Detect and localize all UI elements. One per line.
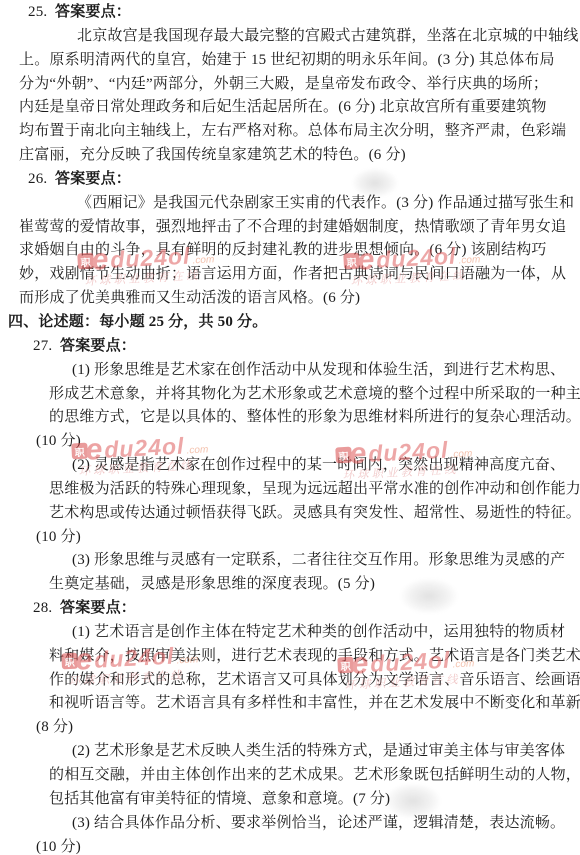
answer-line: 形成艺术意象，并将其物化为艺术形象或艺术意境的整个过程中所采取的一种主要 [0,383,580,407]
answer-line: 料和媒介，按照审美法则，进行艺术表现的手段和方式。艺术语言是各门类艺术创 [0,645,580,669]
answer-line: 作的媒介和形式的总称，艺术语言又可具体划分为文学语言、音乐语言、绘画语言 [0,669,580,693]
answer-item-26-heading: 26.答案要点： [0,168,580,192]
item-title: 答案要点： [60,338,136,354]
answer-line: 思维极为活跃的特殊心理现象，呈现为远远超出平常水准的创作冲动和创作能力， [0,478,580,502]
answer-line: 庄富丽，充分反映了我国传统皇家建筑艺术的特色。(6 分) [0,144,580,168]
answer-line: 和视听语言等。艺术语言具有多样性和丰富性，并在艺术发展中不断变化和革新。 [0,692,580,716]
answer-item-28-heading: 28.答案要点： [0,597,580,621]
answer-line: 《西厢记》是我国元代杂剧家王实甫的代表作。(3 分) 作品通过描写张生和 [0,192,580,216]
answer-item-27-heading: 27.答案要点： [0,335,580,359]
score-line: (10 分) [0,836,580,855]
item-number: 26. [28,168,49,192]
answer-line: 均布置于南北向主轴线上，左右严格对称。总体布局主次分明，整齐严肃，色彩端 [0,120,580,144]
answer-line: 的思维方式，它是以具体的、整体性的形象为思维材料所进行的复杂心理活动。 [0,406,580,430]
answer-line: (1) 艺术语言是创作主体在特定艺术种类的创作活动中，运用独特的物质材 [0,621,580,645]
answer-line: (2) 灵感是指艺术家在创作过程中的某一时间内，突然出现精神高度亢奋、 [0,454,580,478]
answer-line: 分为“外朝”、“内廷”两部分，外朝三大殿，是皇帝发布政令、举行庆典的场所； [0,73,580,97]
section-heading: 四、论述题：每小题 25 分，共 50 分。 [0,311,580,335]
answer-item-25-heading: 25.答案要点： [0,1,580,25]
score-line: (10 分) [0,526,580,550]
score-line: (10 分) [0,430,580,454]
answer-line: 内廷是皇帝日常处理政务和后妃生活起居所在。(6 分) 北京故宫所有重要建筑物 [0,96,580,120]
answer-line: 求婚姻自由的斗争，具有鲜明的反封建礼教的进步思想倾向。(6 分) 该剧结构巧 [0,239,580,263]
answer-line: (3) 结合具体作品分析、要求举例恰当，论述严谨，逻辑清楚，表达流畅。 [0,812,580,836]
item-title: 答案要点： [60,600,136,616]
answer-line: 而形成了优美典雅而又生动活泼的语言风格。(6 分) [0,287,580,311]
answer-line: 生奠定基础，灵感是形象思维的深度表现。(5 分) [0,573,580,597]
answer-line: (3) 形象思维与灵感有一定联系，二者往往交互作用。形象思维为灵感的产 [0,549,580,573]
scanned-document-page: 25.答案要点： 北京故宫是我国现存最大最完整的宫殿式古建筑群，坐落在北京城的中… [0,0,580,855]
score-line: (8 分) [0,716,580,740]
answer-line: 北京故宫是我国现存最大最完整的宫殿式古建筑群，坐落在北京城的中轴线 [0,25,580,49]
answer-line: 妙，戏剧情节生动曲折；语言运用方面，作者把古典诗词与民间口语融为一体，从 [0,263,580,287]
answer-line: 艺术构思或传达通过顿悟获得飞跃。灵感具有突发性、超常性、易逝性的特征。 [0,502,580,526]
answer-line: (1) 形象思维是艺术家在创作活动中从发现和体验生活，到进行艺术构思、 [0,359,580,383]
answer-line: (2) 艺术形象是艺术反映人类生活的特殊方式，是通过审美主体与审美客体 [0,740,580,764]
item-number: 28. [33,597,54,621]
answer-line: 包括其他富有审美特征的情境、意象和意境。(7 分) [0,788,580,812]
answer-line: 崔莺莺的爱情故事，强烈地抨击了不合理的封建婚姻制度，热情歌颂了青年男女追 [0,216,580,240]
item-number: 25. [28,1,49,25]
document-text: 25.答案要点： 北京故宫是我国现存最大最完整的宫殿式古建筑群，坐落在北京城的中… [0,1,580,855]
answer-line: 上。原系明清两代的皇宫，始建于 15 世纪初期的明永乐年间。(3 分) 其总体布… [0,49,580,73]
item-title: 答案要点： [55,171,131,187]
item-title: 答案要点： [55,4,131,20]
answer-line: 的相互交融，并由主体创作出来的艺术成果。艺术形象既包括鲜明生动的人物，也 [0,764,580,788]
item-number: 27. [33,335,54,359]
